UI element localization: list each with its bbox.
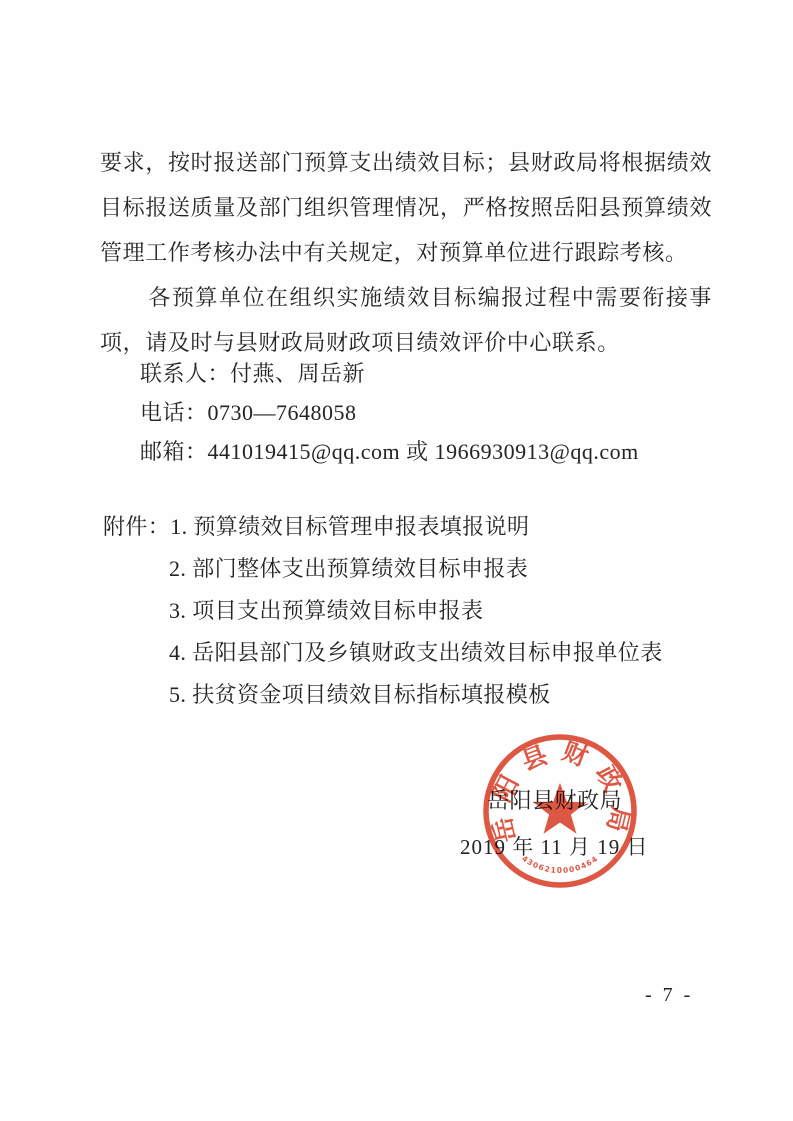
- attachment-item-2: 2. 部门整体支出预算绩效目标申报表: [169, 548, 663, 590]
- body-text: 要求，按时报送部门预算支出绩效目标；县财政局将根据绩效目标报送质量及部门组织管理…: [100, 140, 712, 365]
- attachment-item-5: 5. 扶贫资金项目绩效目标指标填报模板: [169, 674, 663, 716]
- page-number: - 7 -: [645, 984, 693, 1007]
- signature-organization: 岳阳县财政局: [487, 787, 622, 815]
- attachment-item-1: 1. 预算绩效目标管理申报表填报说明: [170, 514, 529, 539]
- document-page: 要求，按时报送部门预算支出绩效目标；县财政局将根据绩效目标报送质量及部门组织管理…: [0, 0, 793, 1121]
- paragraph-contact-notice: 各预算单位在组织实施绩效目标编报过程中需要衔接事项，请及时与县财政局财政项目绩效…: [100, 275, 712, 365]
- paragraph-tracking-assessment: 要求，按时报送部门预算支出绩效目标；县财政局将根据绩效目标报送质量及部门组织管理…: [100, 140, 712, 275]
- attachments-list: 附件：1. 预算绩效目标管理申报表填报说明 2. 部门整体支出预算绩效目标申报表…: [103, 506, 663, 716]
- contact-block: 联系人：付燕、周岳新 电话：0730—7648058 邮箱：441019415@…: [140, 354, 639, 471]
- signature-date: 2019 年 11 月 19 日: [460, 833, 648, 861]
- attachment-row: 附件：1. 预算绩效目标管理申报表填报说明: [103, 506, 663, 548]
- attachment-item-4: 4. 岳阳县部门及乡镇财政支出绩效目标申报单位表: [169, 632, 663, 674]
- attachment-item-3: 3. 项目支出预算绩效目标申报表: [169, 590, 663, 632]
- contact-phone-line: 电话：0730—7648058: [140, 393, 639, 432]
- contact-person-line: 联系人：付燕、周岳新: [140, 354, 639, 393]
- contact-email-line: 邮箱：441019415@qq.com 或 1966930913@qq.com: [140, 432, 639, 471]
- attachments-label: 附件：: [103, 514, 170, 539]
